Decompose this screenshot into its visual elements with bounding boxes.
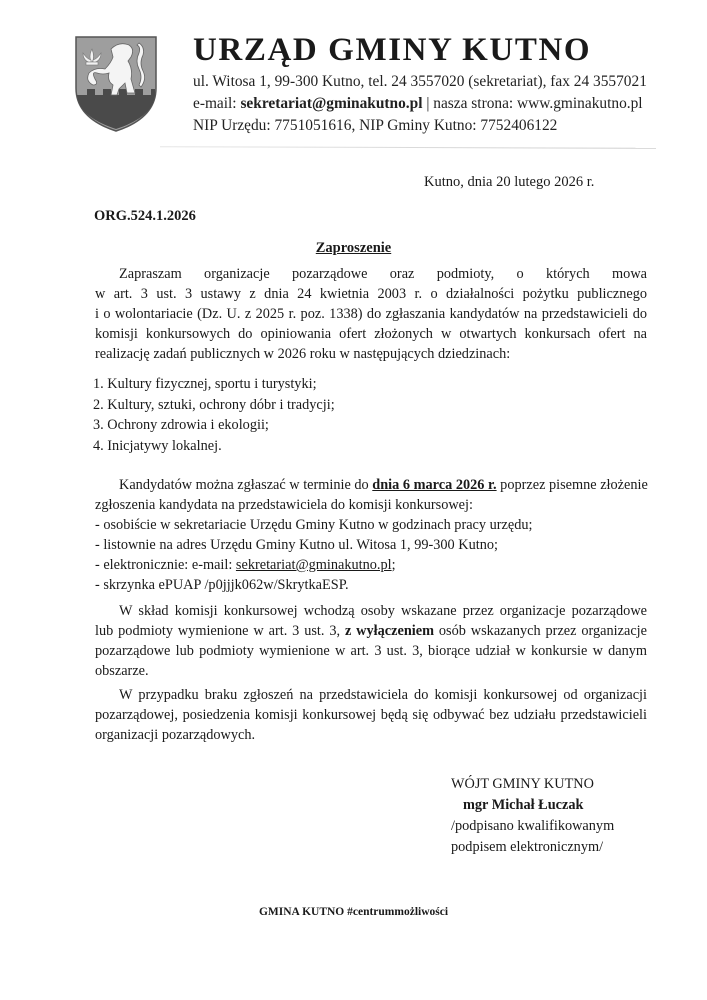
text-fragment: lub podmioty wymienione w art. 3 ust. 3, bbox=[95, 623, 345, 639]
submission-paragraph: Kandydatów można zgłaszać w terminie do … bbox=[95, 475, 647, 595]
office-name-title: URZĄD GMINY KUTNO bbox=[193, 34, 591, 67]
text-fragment: osób wskazanych przez organizacje bbox=[434, 623, 647, 639]
signature-note: /podpisano kwalifikowanym bbox=[451, 816, 614, 837]
deadline: dnia 6 marca 2026 r. bbox=[372, 477, 496, 493]
footer-slogan: GMINA KUTNO #centrummożliwości bbox=[0, 906, 707, 918]
office-nip: NIP Urzędu: 7751051616, NIP Gminy Kutno:… bbox=[193, 118, 557, 133]
email-link[interactable]: sekretariat@gminakutno.pl bbox=[236, 557, 392, 573]
office-address: ul. Witosa 1, 99-300 Kutno, tel. 24 3557… bbox=[193, 74, 647, 89]
header-divider bbox=[160, 146, 656, 149]
text-line: lub podmioty wymienione w art. 3 ust. 3,… bbox=[95, 621, 647, 641]
no-submission-paragraph: W przypadku braku zgłoszeń na przedstawi… bbox=[95, 685, 647, 745]
text-line: pozarządowej, posiedzenia komisji konkur… bbox=[95, 705, 647, 725]
date-line: Kutno, dnia 20 lutego 2026 r. bbox=[424, 174, 594, 191]
text-line: Zapraszam organizacje pozarządowe oraz p… bbox=[95, 264, 647, 284]
text-line: zgłoszenia kandydata na przedstawiciela … bbox=[95, 495, 647, 515]
exclusion-emphasis: z wyłączeniem bbox=[345, 623, 434, 639]
office-contact: e-mail: sekretariat@gminakutno.pl | nasz… bbox=[193, 96, 643, 111]
text-line: realizację zadań publicznych w 2026 roku… bbox=[95, 344, 647, 364]
text-line: i o wolontariacie (Dz. U. z 2025 r. poz.… bbox=[95, 304, 647, 324]
text-line: komisji konkursowych do opiniowania ofer… bbox=[95, 324, 647, 344]
text-fragment: - elektronicznie: e-mail: bbox=[95, 557, 236, 573]
signature-note: podpisem elektronicznym/ bbox=[451, 837, 614, 858]
text-line: W przypadku braku zgłoszeń na przedstawi… bbox=[95, 685, 647, 705]
text-line: w art. 3 ust. 3 ustawy z dnia 24 kwietni… bbox=[95, 284, 647, 304]
text-line: Kandydatów można zgłaszać w terminie do … bbox=[95, 475, 647, 495]
list-item: 4. Inicjatywy lokalnej. bbox=[93, 436, 335, 457]
signatory-office: WÓJT GMINY KUTNO bbox=[451, 774, 614, 795]
text-fragment: poprzez pisemne złożenie bbox=[497, 477, 648, 493]
list-item: 3. Ochrony zdrowia i ekologii; bbox=[93, 415, 335, 436]
email-label: e-mail: bbox=[193, 95, 240, 112]
list-item: 2. Kultury, sztuki, ochrony dóbr i trady… bbox=[93, 395, 335, 416]
office-email-link[interactable]: sekretariat@gminakutno.pl bbox=[240, 95, 422, 112]
coat-of-arms-icon bbox=[73, 33, 159, 133]
office-website-link[interactable]: www.gminakutno.pl bbox=[517, 95, 643, 112]
method-item: - skrzynka ePUAP /p0jjjk062w/SkrytkaESP. bbox=[95, 575, 647, 595]
text-line: obszarze. bbox=[95, 661, 647, 681]
reference-number: ORG.524.1.2026 bbox=[94, 208, 196, 225]
invitation-paragraph: Zapraszam organizacje pozarządowe oraz p… bbox=[95, 264, 647, 364]
method-item: - osobiście w sekretariacie Urzędu Gminy… bbox=[95, 515, 647, 535]
areas-list: 1. Kultury fizycznej, sportu i turystyki… bbox=[93, 374, 335, 456]
list-item: 1. Kultury fizycznej, sportu i turystyki… bbox=[93, 374, 335, 395]
signatory-name: mgr Michał Łuczak bbox=[451, 795, 614, 816]
text-line: W skład komisji konkursowej wchodzą osob… bbox=[95, 601, 647, 621]
signature-block: WÓJT GMINY KUTNO mgr Michał Łuczak /podp… bbox=[451, 774, 614, 858]
document-heading: Zaproszenie bbox=[0, 240, 707, 257]
text-fragment: Kandydatów można zgłaszać w terminie do bbox=[119, 477, 372, 493]
text-line: pozarządowe lub podmioty wymienione w ar… bbox=[95, 641, 647, 661]
text-fragment: ; bbox=[392, 557, 396, 573]
website-label: | nasza strona: bbox=[423, 95, 518, 112]
method-item: - elektronicznie: e-mail: sekretariat@gm… bbox=[95, 555, 647, 575]
method-item: - listownie na adres Urzędu Gminy Kutno … bbox=[95, 535, 647, 555]
committee-paragraph: W skład komisji konkursowej wchodzą osob… bbox=[95, 601, 647, 681]
text-line: organizacji pozarządowych. bbox=[95, 725, 647, 745]
